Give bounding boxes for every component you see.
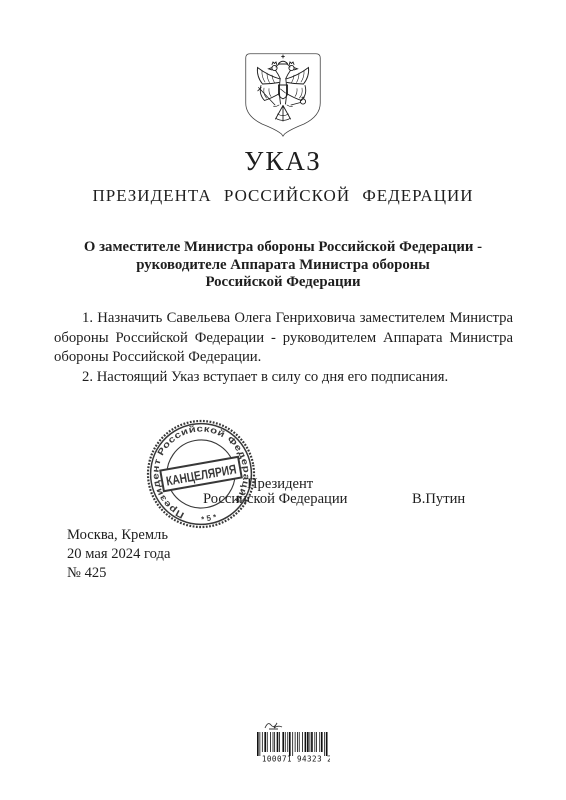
decree-title-line-3: Российской Федерации	[0, 274, 566, 292]
body-paragraph-2: 2. Настоящий Указ вступает в силу со дня…	[54, 368, 513, 388]
barcode: 2 100071 94323 2	[256, 730, 330, 766]
body-paragraph-1: 1. Назначить Савельева Олега Генриховича…	[54, 309, 513, 368]
decree-title-line-1: О заместителе Министра обороны Российско…	[0, 239, 566, 257]
footer-number: № 425	[67, 564, 170, 583]
decree-title: О заместителе Министра обороны Российско…	[0, 239, 566, 292]
doc-type-heading: УКАЗ	[0, 146, 566, 177]
signature-name: В.Путин	[412, 491, 465, 508]
emblem-shield	[246, 54, 321, 136]
decree-document-page: УКАЗ ПРЕЗИДЕНТА РОССИЙСКОЙ ФЕДЕРАЦИИ О з…	[0, 0, 566, 800]
chancellery-stamp-icon: Президент Российской Федерации КАНЦЕЛЯРИ…	[136, 409, 266, 539]
barcode-bars	[257, 732, 328, 756]
footer-date: 20 мая 2024 года	[67, 545, 170, 564]
barcode-digits: 2 100071 94323 2	[256, 755, 330, 764]
decree-title-line-2: руководителе Аппарата Министра обороны	[0, 257, 566, 275]
decree-body: 1. Назначить Савельева Олега Генриховича…	[54, 309, 513, 387]
authority-heading: ПРЕЗИДЕНТА РОССИЙСКОЙ ФЕДЕРАЦИИ	[0, 186, 566, 206]
double-headed-eagle	[257, 55, 308, 121]
coat-of-arms-icon	[245, 53, 321, 137]
